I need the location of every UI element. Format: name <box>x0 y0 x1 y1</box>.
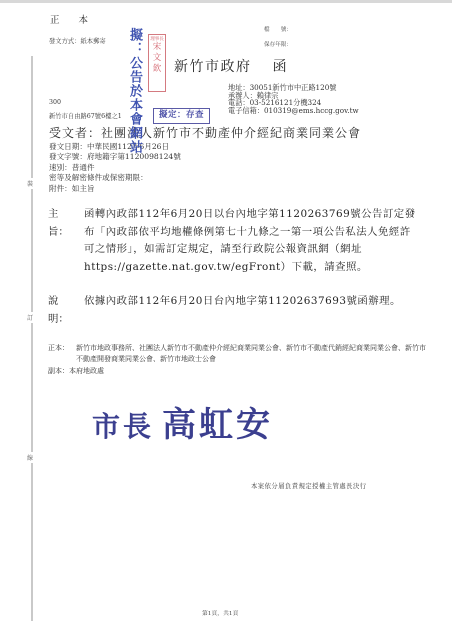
secrecy-level: 密等及解密條件或保密期限： <box>49 173 181 183</box>
copy-recipients: 副本：本府地政處 <box>48 366 104 377</box>
letterhead: 新竹市政府 函 <box>174 56 287 76</box>
authorization-note: 本案依分層負責規定授權主管處長決行 <box>251 481 367 490</box>
document-type: 函 <box>273 59 287 75</box>
copy-list: 本府地政處 <box>69 367 104 375</box>
send-method: 發文方式：紙本郵寄 <box>49 36 106 45</box>
document-number: 發文字號：府地籍字第1120098124號 <box>49 152 181 162</box>
scan-top-edge <box>0 0 452 3</box>
binding-mark-xian: 線 <box>27 452 33 463</box>
posting-stamp: 擬：公告於本會網站 <box>125 28 141 154</box>
issuer-name: 新竹市政府 <box>174 59 252 75</box>
copy-label: 正 本 <box>50 12 96 26</box>
original-heading: 正本： <box>48 344 69 352</box>
explanation-text: 依據內政部112年6月20日台內地字第11202637693號函辦理。 <box>84 293 420 311</box>
chairman-seal: 理事長 宋文欽 <box>148 34 166 92</box>
page-number: 第1頁，共1頁 <box>202 608 238 617</box>
issue-date: 發文日期：中華民國112年6月26日 <box>49 142 181 152</box>
retention-label: 保存年限： <box>264 40 292 48</box>
mayor-signature: 市長高虹安 <box>92 397 273 446</box>
signature-name: 高虹安 <box>162 405 273 445</box>
seal-name: 宋文欽 <box>149 42 165 75</box>
binding-line <box>31 56 33 621</box>
file-number-label: 檔 號： <box>264 25 292 33</box>
decision-stamp: 擬定：存查 <box>153 108 210 124</box>
attachment: 附件：如主旨 <box>49 184 181 194</box>
meta-block: 發文日期：中華民國112年6月26日 發文字號：府地籍字第1120098124號… <box>49 142 181 194</box>
copy-heading: 副本： <box>48 367 69 375</box>
subject-heading: 主旨： <box>48 206 69 241</box>
contact-email: 電子信箱：010319@ems.hccg.gov.tw <box>228 107 359 115</box>
original-list: 新竹市地政事務所、社團法人新竹市不動產仲介經紀商業同業公會、新竹市不動產代銷經紀… <box>76 343 426 365</box>
recipient-postcode: 300 <box>49 99 61 106</box>
contact-block: 地址：30051新竹市中正路120號 承辦人：賴律宗 電話：03-5216121… <box>228 84 359 114</box>
recipient-address: 新竹市自由路67號6樓之1 <box>49 111 122 120</box>
explanation-heading: 說明： <box>48 293 69 328</box>
recipient: 受文者：社團法人新竹市不動產仲介經紀商業同業公會 <box>49 124 361 141</box>
binding-mark-ding: 訂 <box>27 312 33 323</box>
signature-title: 市長 <box>92 410 154 443</box>
original-recipients: 正本： 新竹市地政事務所、社團法人新竹市不動產仲介經紀商業同業公會、新竹市不動產… <box>48 343 69 367</box>
binding-mark-zhuang: 裝 <box>27 178 33 189</box>
delivery-speed: 速別：普通件 <box>49 163 181 173</box>
subject-text: 函轉內政部112年6月20日以台內地字第1120263769號公告訂定發布「內政… <box>84 206 420 276</box>
